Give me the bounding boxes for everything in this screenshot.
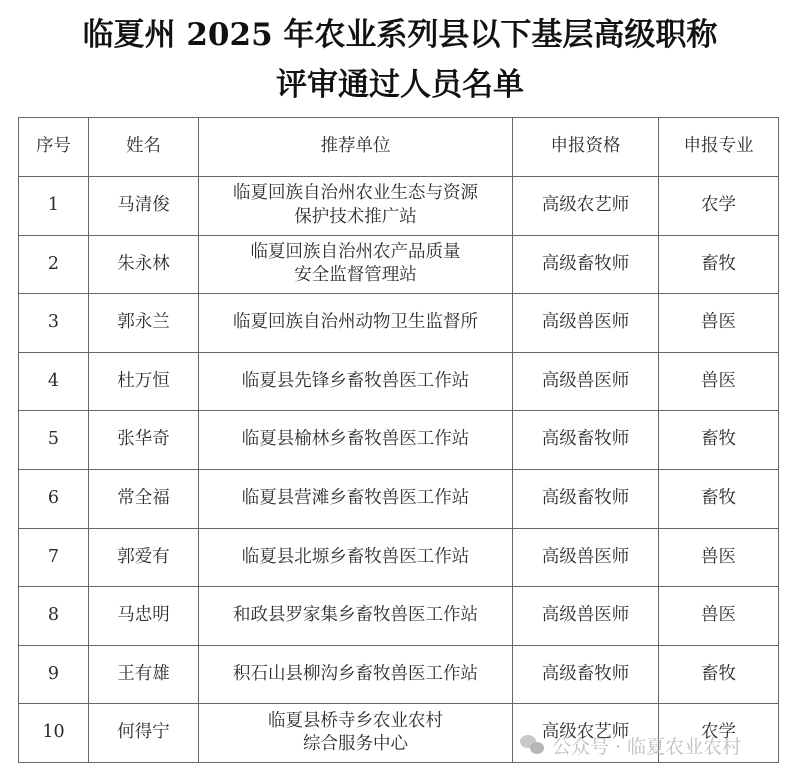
- header-no: 序号: [19, 118, 89, 177]
- cell-no: 2: [19, 235, 89, 294]
- cell-unit: 临夏县榆林乡畜牧兽医工作站: [199, 411, 513, 470]
- cell-qualification: 高级畜牧师: [513, 235, 659, 294]
- document-title-line2: 评审通过人员名单: [0, 70, 800, 101]
- unit-line2: 保护技术推广站: [199, 206, 512, 230]
- cell-specialty: 畜牧: [659, 411, 779, 470]
- cell-no: 1: [19, 177, 89, 236]
- document-title-line1: 临夏州 2025 年农业系列县以下基层高级职称: [0, 20, 800, 51]
- cell-qualification: 高级兽医师: [513, 528, 659, 587]
- cell-unit: 临夏县北塬乡畜牧兽医工作站: [199, 528, 513, 587]
- cell-name: 王有雄: [89, 645, 199, 704]
- cell-no: 6: [19, 469, 89, 528]
- unit-line1: 临夏县桥寺乡农业农村: [199, 710, 512, 734]
- table-row: 1 马清俊 临夏回族自治州农业生态与资源 保护技术推广站 高级农艺师 农学: [19, 177, 779, 236]
- cell-unit: 临夏回族自治州农业生态与资源 保护技术推广站: [199, 177, 513, 236]
- cell-no: 8: [19, 587, 89, 646]
- table-row: 6 常全福 临夏县营滩乡畜牧兽医工作站 高级畜牧师 畜牧: [19, 469, 779, 528]
- cell-name: 朱永林: [89, 235, 199, 294]
- cell-name: 杜万恒: [89, 352, 199, 411]
- cell-specialty: 畜牧: [659, 469, 779, 528]
- cell-unit: 临夏县先锋乡畜牧兽医工作站: [199, 352, 513, 411]
- watermark-text: 公众号 · 临夏农业农村: [552, 732, 741, 759]
- cell-qualification: 高级畜牧师: [513, 411, 659, 470]
- table-row: 2 朱永林 临夏回族自治州农产品质量 安全监督管理站 高级畜牧师 畜牧: [19, 235, 779, 294]
- cell-specialty: 兽医: [659, 352, 779, 411]
- cell-qualification: 高级畜牧师: [513, 469, 659, 528]
- cell-specialty: 农学: [659, 177, 779, 236]
- cell-name: 马清俊: [89, 177, 199, 236]
- cell-qualification: 高级农艺师: [513, 177, 659, 236]
- cell-no: 4: [19, 352, 89, 411]
- wechat-icon: [520, 734, 546, 756]
- cell-specialty: 兽医: [659, 528, 779, 587]
- cell-unit: 积石山县柳沟乡畜牧兽医工作站: [199, 645, 513, 704]
- cell-unit: 临夏回族自治州动物卫生监督所: [199, 294, 513, 353]
- cell-no: 7: [19, 528, 89, 587]
- cell-no: 9: [19, 645, 89, 704]
- header-specialty: 申报专业: [659, 118, 779, 177]
- header-unit: 推荐单位: [199, 118, 513, 177]
- cell-unit: 临夏县桥寺乡农业农村 综合服务中心: [199, 704, 513, 763]
- table-row: 5 张华奇 临夏县榆林乡畜牧兽医工作站 高级畜牧师 畜牧: [19, 411, 779, 470]
- cell-specialty: 兽医: [659, 587, 779, 646]
- table-row: 9 王有雄 积石山县柳沟乡畜牧兽医工作站 高级畜牧师 畜牧: [19, 645, 779, 704]
- table-row: 8 马忠明 和政县罗家集乡畜牧兽医工作站 高级兽医师 兽医: [19, 587, 779, 646]
- cell-no: 10: [19, 704, 89, 763]
- cell-name: 郭爱有: [89, 528, 199, 587]
- cell-name: 常全福: [89, 469, 199, 528]
- cell-name: 马忠明: [89, 587, 199, 646]
- cell-qualification: 高级兽医师: [513, 294, 659, 353]
- table-row: 7 郭爱有 临夏县北塬乡畜牧兽医工作站 高级兽医师 兽医: [19, 528, 779, 587]
- table-row: 3 郭永兰 临夏回族自治州动物卫生监督所 高级兽医师 兽医: [19, 294, 779, 353]
- cell-unit: 和政县罗家集乡畜牧兽医工作站: [199, 587, 513, 646]
- cell-name: 郭永兰: [89, 294, 199, 353]
- unit-line1: 临夏回族自治州农产品质量: [199, 241, 512, 265]
- unit-line2: 安全监督管理站: [199, 264, 512, 288]
- cell-qualification: 高级兽医师: [513, 352, 659, 411]
- header-name: 姓名: [89, 118, 199, 177]
- cell-qualification: 高级兽医师: [513, 587, 659, 646]
- cell-specialty: 兽医: [659, 294, 779, 353]
- table-row: 4 杜万恒 临夏县先锋乡畜牧兽医工作站 高级兽医师 兽医: [19, 352, 779, 411]
- cell-unit: 临夏县营滩乡畜牧兽医工作站: [199, 469, 513, 528]
- unit-line1: 临夏回族自治州农业生态与资源: [199, 182, 512, 206]
- approved-personnel-table: 序号 姓名 推荐单位 申报资格 申报专业 1 马清俊 临夏回族自治州农业生态与资…: [18, 117, 779, 763]
- cell-no: 3: [19, 294, 89, 353]
- cell-qualification: 高级畜牧师: [513, 645, 659, 704]
- unit-line2: 综合服务中心: [199, 733, 512, 757]
- cell-name: 张华奇: [89, 411, 199, 470]
- cell-no: 5: [19, 411, 89, 470]
- cell-specialty: 畜牧: [659, 645, 779, 704]
- table-header-row: 序号 姓名 推荐单位 申报资格 申报专业: [19, 118, 779, 177]
- cell-unit: 临夏回族自治州农产品质量 安全监督管理站: [199, 235, 513, 294]
- wechat-watermark: 公众号 · 临夏农业农村: [520, 731, 741, 759]
- cell-specialty: 畜牧: [659, 235, 779, 294]
- header-qualification: 申报资格: [513, 118, 659, 177]
- cell-name: 何得宁: [89, 704, 199, 763]
